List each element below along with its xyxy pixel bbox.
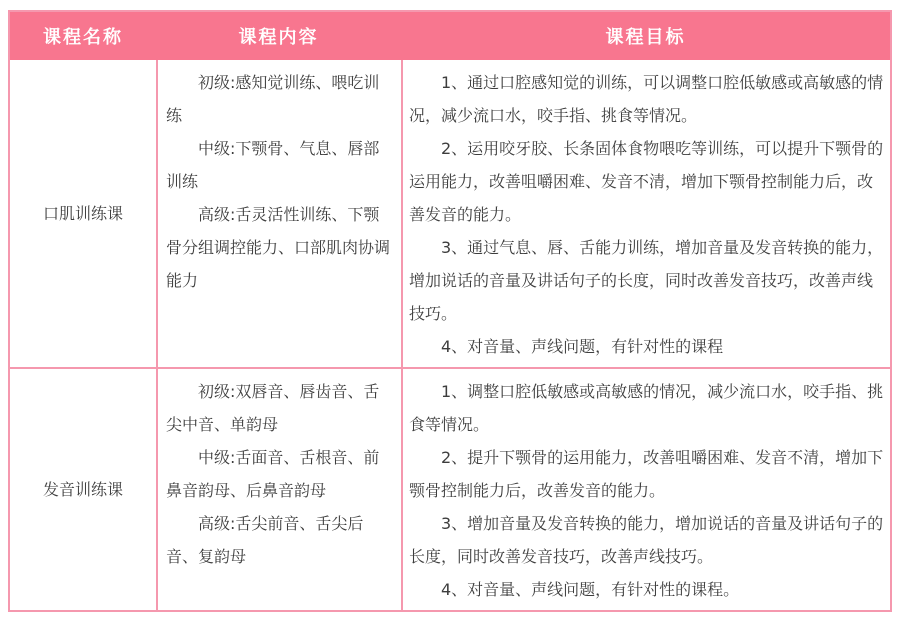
cell-course-content: 初级:双唇音、唇齿音、舌尖中音、单韵母中级:舌面音、舌根音、前鼻音韵母、后鼻音韵… <box>156 369 401 610</box>
paragraph: 高级:舌尖前音、舌尖后音、复韵母 <box>166 507 393 573</box>
paragraph: 4、对音量、声线问题，有针对性的课程 <box>409 330 884 363</box>
paragraph: 3、增加音量及发音转换的能力，增加说话的音量及讲话句子的长度，同时改善发音技巧，… <box>409 507 884 573</box>
course-table: 课程名称 课程内容 课程目标 口肌训练课 初级:感知觉训练、喂吃训练中级:下颚骨… <box>8 10 892 612</box>
table-row-pronunciation-course: 发音训练课 初级:双唇音、唇齿音、舌尖中音、单韵母中级:舌面音、舌根音、前鼻音韵… <box>10 367 890 610</box>
header-course-content: 课程内容 <box>156 23 401 49</box>
paragraph: 2、运用咬牙胶、长条固体食物喂吃等训练，可以提升下颚骨的运用能力，改善咀嚼困难、… <box>409 132 884 231</box>
header-course-goals: 课程目标 <box>401 23 890 49</box>
cell-course-content: 初级:感知觉训练、喂吃训练中级:下颚骨、气息、唇部训练高级:舌灵活性训练、下颚骨… <box>156 60 401 367</box>
cell-course-name: 口肌训练课 <box>10 60 156 367</box>
paragraph: 初级:感知觉训练、喂吃训练 <box>166 66 393 132</box>
paragraph: 3、通过气息、唇、舌能力训练，增加音量及发音转换的能力，增加说话的音量及讲话句子… <box>409 231 884 330</box>
cell-course-goals: 1、通过口腔感知觉的训练，可以调整口腔低敏感或高敏感的情况，减少流口水，咬手指、… <box>401 60 890 367</box>
paragraph: 中级:下颚骨、气息、唇部训练 <box>166 132 393 198</box>
paragraph: 中级:舌面音、舌根音、前鼻音韵母、后鼻音韵母 <box>166 441 393 507</box>
table-row-oral-muscle-course: 口肌训练课 初级:感知觉训练、喂吃训练中级:下颚骨、气息、唇部训练高级:舌灵活性… <box>10 60 890 367</box>
cell-course-name: 发音训练课 <box>10 369 156 610</box>
cell-course-goals: 1、调整口腔低敏感或高敏感的情况，减少流口水，咬手指、挑食等情况。2、提升下颚骨… <box>401 369 890 610</box>
paragraph: 初级:双唇音、唇齿音、舌尖中音、单韵母 <box>166 375 393 441</box>
paragraph: 2、提升下颚骨的运用能力，改善咀嚼困难、发音不清，增加下颚骨控制能力后，改善发音… <box>409 441 884 507</box>
paragraph: 1、通过口腔感知觉的训练，可以调整口腔低敏感或高敏感的情况，减少流口水，咬手指、… <box>409 66 884 132</box>
paragraph: 1、调整口腔低敏感或高敏感的情况，减少流口水，咬手指、挑食等情况。 <box>409 375 884 441</box>
paragraph: 高级:舌灵活性训练、下颚骨分组调控能力、口部肌肉协调能力 <box>166 198 393 297</box>
header-course-name: 课程名称 <box>10 23 156 49</box>
table-header-row: 课程名称 课程内容 课程目标 <box>10 12 890 60</box>
paragraph: 4、对音量、声线问题，有针对性的课程。 <box>409 573 884 606</box>
